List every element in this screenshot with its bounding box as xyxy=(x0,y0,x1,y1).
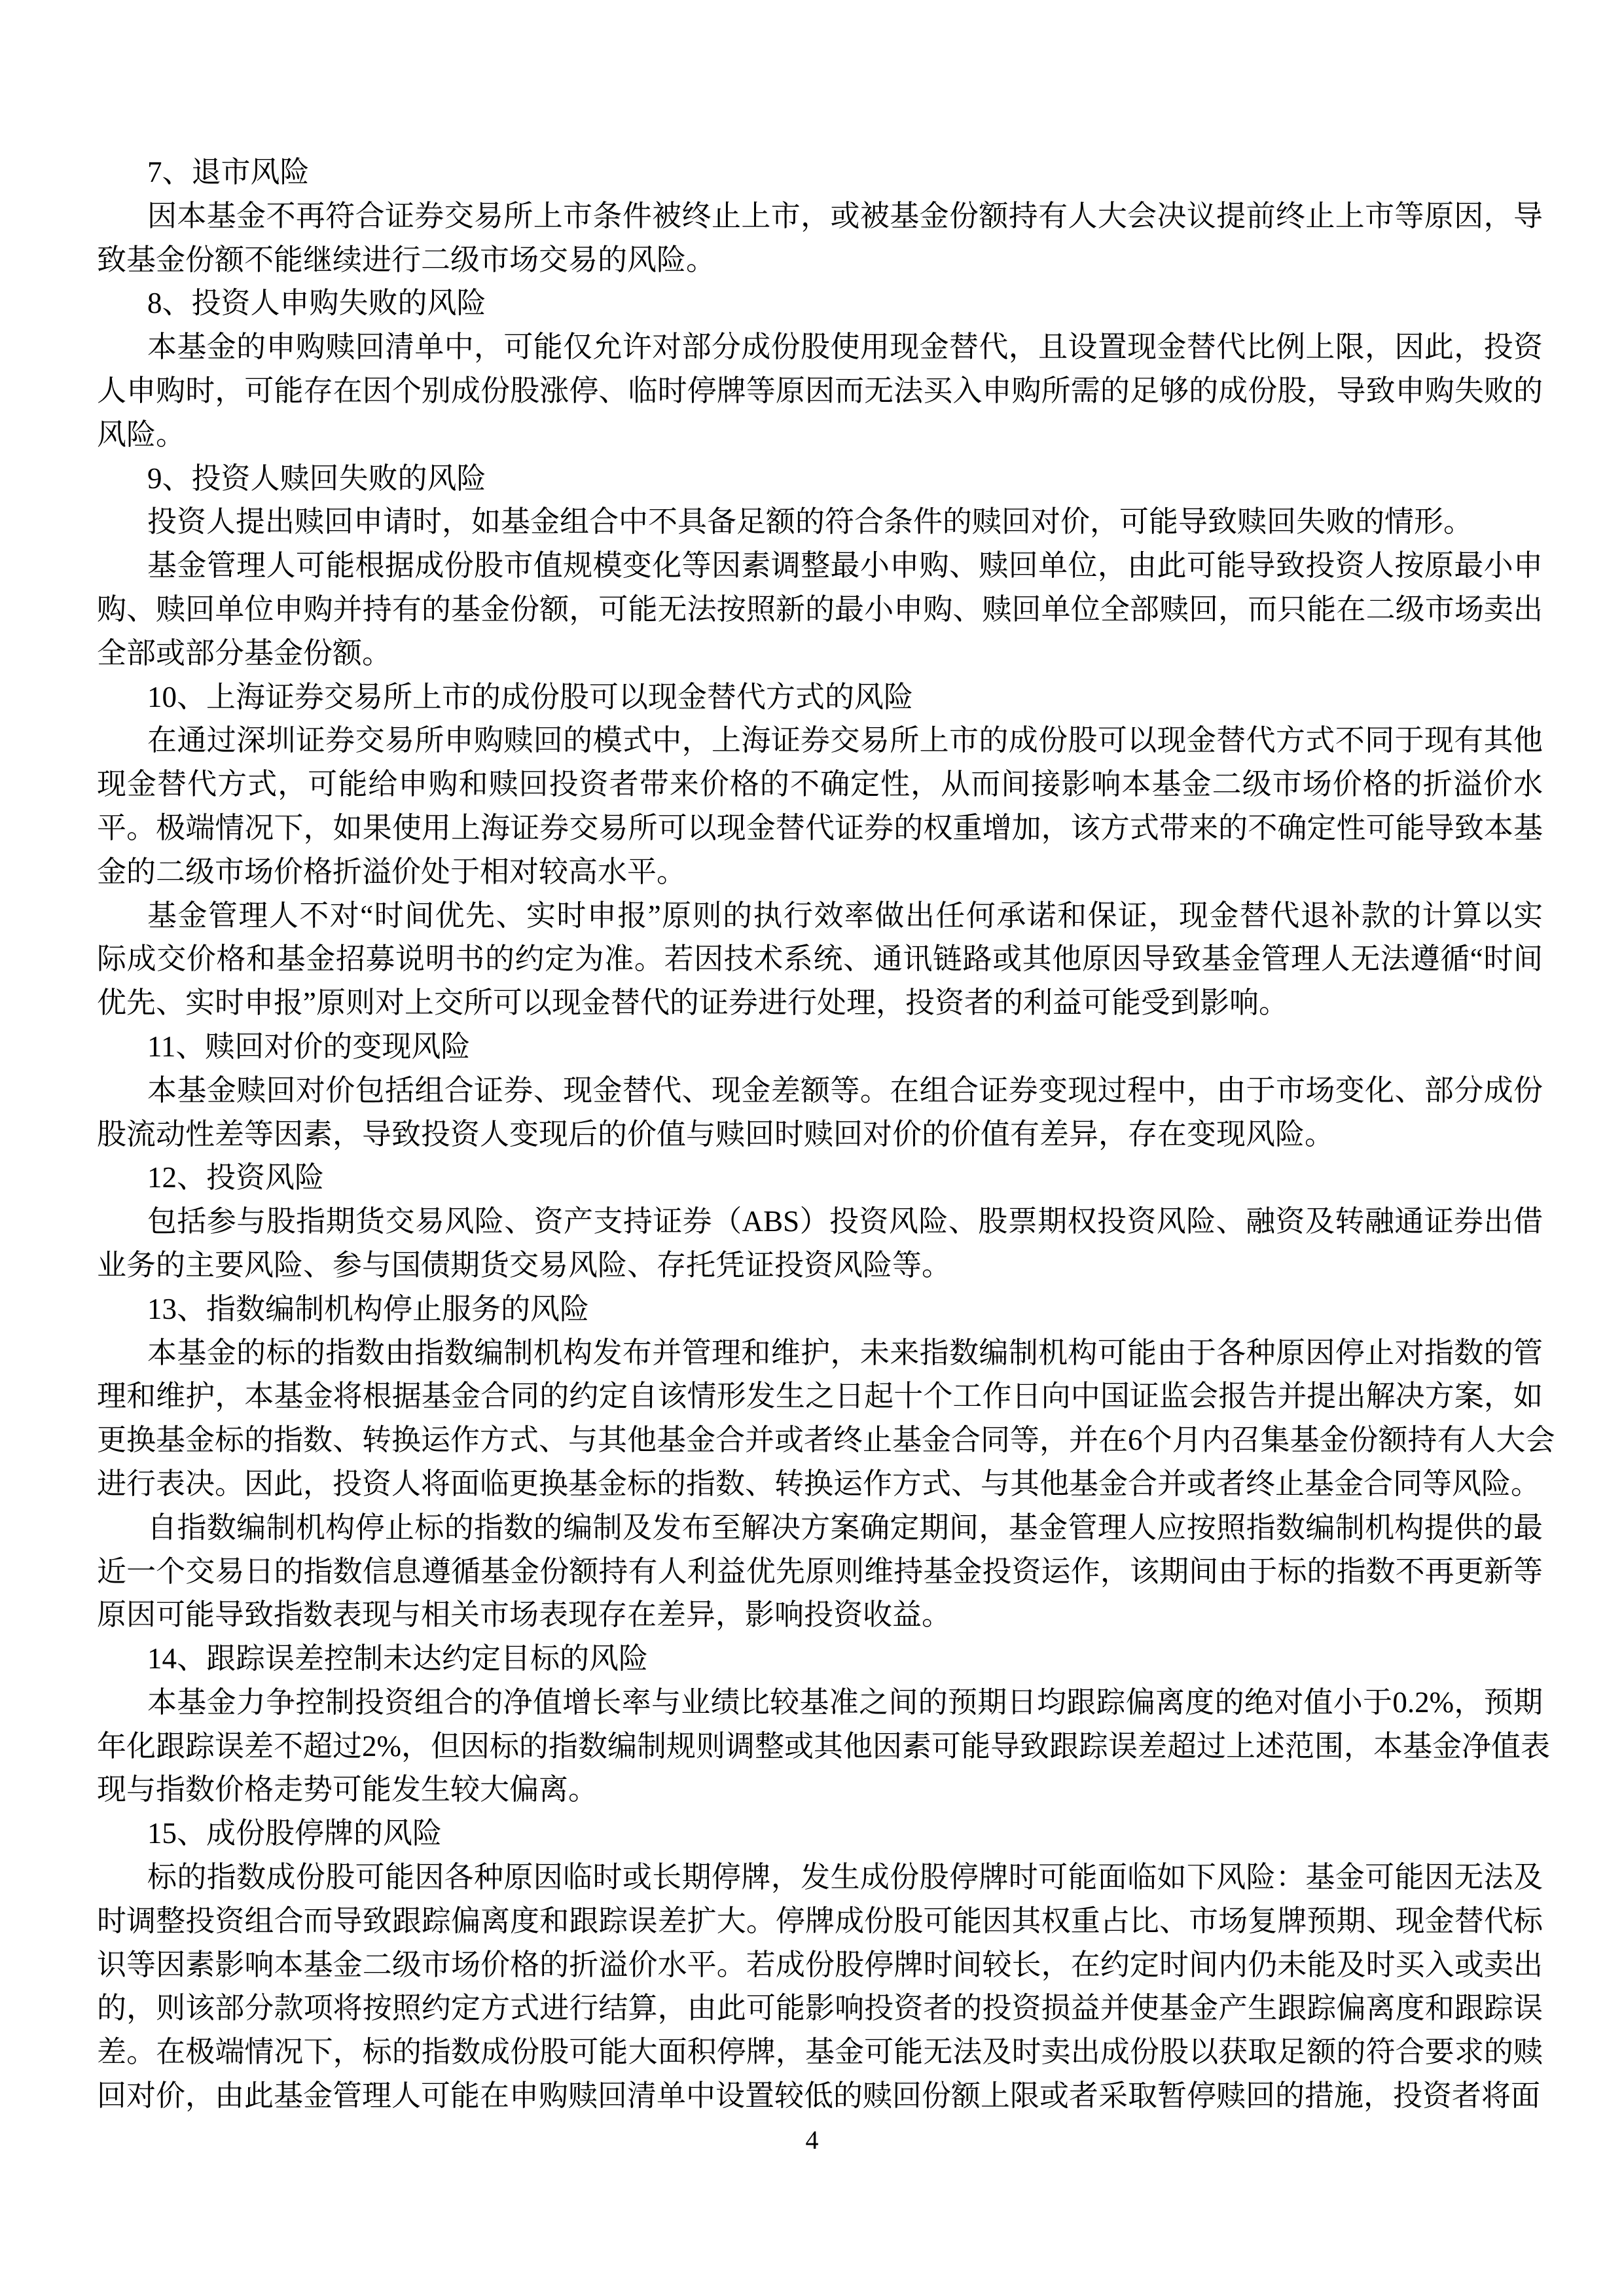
risk-section: 13、指数编制机构停止服务的风险本基金的标的指数由指数编制机构发布并管理和维护，… xyxy=(97,1287,1543,1637)
text-line: 股流动性差等因素，导致投资人变现后的价值与赎回时赎回对价的价值有差异，存在变现风… xyxy=(97,1113,1543,1157)
text-line: 包括参与股指期货交易风险、资产支持证券（ABS）投资风险、股票期权投资风险、融资… xyxy=(97,1200,1543,1244)
risk-section: 8、投资人申购失败的风险本基金的申购赎回清单中，可能仅允许对部分成份股使用现金替… xyxy=(97,281,1543,456)
section-heading: 12、投资风险 xyxy=(97,1156,1543,1200)
text-line: 标的指数成份股可能因各种原因临时或长期停牌，发生成份股停牌时可能面临如下风险：基… xyxy=(97,1856,1543,1899)
text-line: 人申购时，可能存在因个别成份股涨停、临时停牌等原因而无法买入申购所需的足够的成份… xyxy=(97,369,1543,413)
text-line: 优先、实时申报”原则对上交所可以现金替代的证券进行处理，投资者的利益可能受到影响… xyxy=(97,981,1543,1025)
text-line: 致基金份额不能继续进行二级市场交易的风险。 xyxy=(97,238,1543,282)
section-heading: 8、投资人申购失败的风险 xyxy=(97,281,1543,325)
text-line: 回对价，由此基金管理人可能在申购赎回清单中设置较低的赎回份额上限或者采取暂停赎回… xyxy=(97,2074,1543,2118)
section-heading: 7、退市风险 xyxy=(97,151,1543,194)
text-line: 理和维护，本基金将根据基金合同的约定自该情形发生之日起十个工作日向中国证监会报告… xyxy=(97,1374,1543,1418)
section-heading: 14、跟踪误差控制未达约定目标的风险 xyxy=(97,1637,1543,1681)
risk-section: 14、跟踪误差控制未达约定目标的风险本基金力争控制投资组合的净值增长率与业绩比较… xyxy=(97,1637,1543,1812)
page-number: 4 xyxy=(0,2126,1624,2155)
text-line: 本基金力争控制投资组合的净值增长率与业绩比较基准之间的预期日均跟踪偏离度的绝对值… xyxy=(97,1681,1543,1725)
text-line: 更换基金标的指数、转换运作方式、与其他基金合并或者终止基金合同等，并在6个月内召… xyxy=(97,1418,1543,1462)
text-line: 进行表决。因此，投资人将面临更换基金标的指数、转换运作方式、与其他基金合并或者终… xyxy=(97,1462,1543,1506)
section-heading: 13、指数编制机构停止服务的风险 xyxy=(97,1287,1543,1331)
text-line: 本基金的申购赎回清单中，可能仅允许对部分成份股使用现金替代，且设置现金替代比例上… xyxy=(97,325,1543,369)
section-heading: 10、上海证券交易所上市的成份股可以现金替代方式的风险 xyxy=(97,675,1543,719)
text-line: 风险。 xyxy=(97,413,1543,457)
text-line: 平。极端情况下，如果使用上海证券交易所可以现金替代证券的权重增加，该方式带来的不… xyxy=(97,806,1543,850)
risk-section: 7、退市风险因本基金不再符合证券交易所上市条件被终止上市，或被基金份额持有人大会… xyxy=(97,151,1543,281)
risk-section: 15、成份股停牌的风险标的指数成份股可能因各种原因临时或长期停牌，发生成份股停牌… xyxy=(97,1812,1543,2118)
risk-disclosure-text: 7、退市风险因本基金不再符合证券交易所上市条件被终止上市，或被基金份额持有人大会… xyxy=(97,151,1543,2118)
text-line: 金的二级市场价格折溢价处于相对较高水平。 xyxy=(97,850,1543,894)
text-line: 现与指数价格走势可能发生较大偏离。 xyxy=(97,1768,1543,1812)
text-line: 差。在极端情况下，标的指数成份股可能大面积停牌，基金可能无法及时卖出成份股以获取… xyxy=(97,2030,1543,2074)
text-line: 基金管理人不对“时间优先、实时申报”原则的执行效率做出任何承诺和保证，现金替代退… xyxy=(97,894,1543,938)
text-line: 年化跟踪误差不超过2%，但因标的指数编制规则调整或其他因素可能导致跟踪误差超过上… xyxy=(97,1725,1543,1768)
text-line: 识等因素影响本基金二级市场价格的折溢价水平。若成份股停牌时间较长，在约定时间内仍… xyxy=(97,1943,1543,1987)
text-line: 现金替代方式，可能给申购和赎回投资者带来价格的不确定性，从而间接影响本基金二级市… xyxy=(97,762,1543,806)
text-line: 投资人提出赎回申请时，如基金组合中不具备足额的符合条件的赎回对价，可能导致赎回失… xyxy=(97,500,1543,544)
risk-section: 11、赎回对价的变现风险本基金赎回对价包括组合证券、现金替代、现金差额等。在组合… xyxy=(97,1025,1543,1156)
text-line: 本基金的标的指数由指数编制机构发布并管理和维护，未来指数编制机构可能由于各种原因… xyxy=(97,1331,1543,1375)
text-line: 购、赎回单位申购并持有的基金份额，可能无法按照新的最小申购、赎回单位全部赎回，而… xyxy=(97,588,1543,632)
text-line: 近一个交易日的指数信息遵循基金份额持有人利益优先原则维持基金投资运作，该期间由于… xyxy=(97,1550,1543,1594)
text-line: 自指数编制机构停止标的指数的编制及发布至解决方案确定期间，基金管理人应按照指数编… xyxy=(97,1506,1543,1550)
text-line: 在通过深圳证券交易所申购赎回的模式中，上海证券交易所上市的成份股可以现金替代方式… xyxy=(97,719,1543,762)
text-line: 业务的主要风险、参与国债期货交易风险、存托凭证投资风险等。 xyxy=(97,1244,1543,1287)
document-page: 7、退市风险因本基金不再符合证券交易所上市条件被终止上市，或被基金份额持有人大会… xyxy=(0,0,1624,2296)
risk-section: 9、投资人赎回失败的风险投资人提出赎回申请时，如基金组合中不具备足额的符合条件的… xyxy=(97,457,1543,675)
section-heading: 11、赎回对价的变现风险 xyxy=(97,1025,1543,1069)
section-heading: 9、投资人赎回失败的风险 xyxy=(97,457,1543,501)
section-heading: 15、成份股停牌的风险 xyxy=(97,1812,1543,1856)
risk-section: 12、投资风险包括参与股指期货交易风险、资产支持证券（ABS）投资风险、股票期权… xyxy=(97,1156,1543,1287)
risk-section: 10、上海证券交易所上市的成份股可以现金替代方式的风险在通过深圳证券交易所申购赎… xyxy=(97,675,1543,1025)
text-line: 因本基金不再符合证券交易所上市条件被终止上市，或被基金份额持有人大会决议提前终止… xyxy=(97,194,1543,238)
text-line: 原因可能导致指数表现与相关市场表现存在差异，影响投资收益。 xyxy=(97,1593,1543,1637)
text-line: 际成交价格和基金招募说明书的约定为准。若因技术系统、通讯链路或其他原因导致基金管… xyxy=(97,937,1543,981)
text-line: 基金管理人可能根据成份股市值规模变化等因素调整最小申购、赎回单位，由此可能导致投… xyxy=(97,544,1543,588)
text-line: 本基金赎回对价包括组合证券、现金替代、现金差额等。在组合证券变现过程中，由于市场… xyxy=(97,1069,1543,1113)
text-line: 全部或部分基金份额。 xyxy=(97,632,1543,675)
text-line: 的，则该部分款项将按照约定方式进行结算，由此可能影响投资者的投资损益并使基金产生… xyxy=(97,1986,1543,2030)
text-line: 时调整投资组合而导致跟踪偏离度和跟踪误差扩大。停牌成份股可能因其权重占比、市场复… xyxy=(97,1899,1543,1943)
